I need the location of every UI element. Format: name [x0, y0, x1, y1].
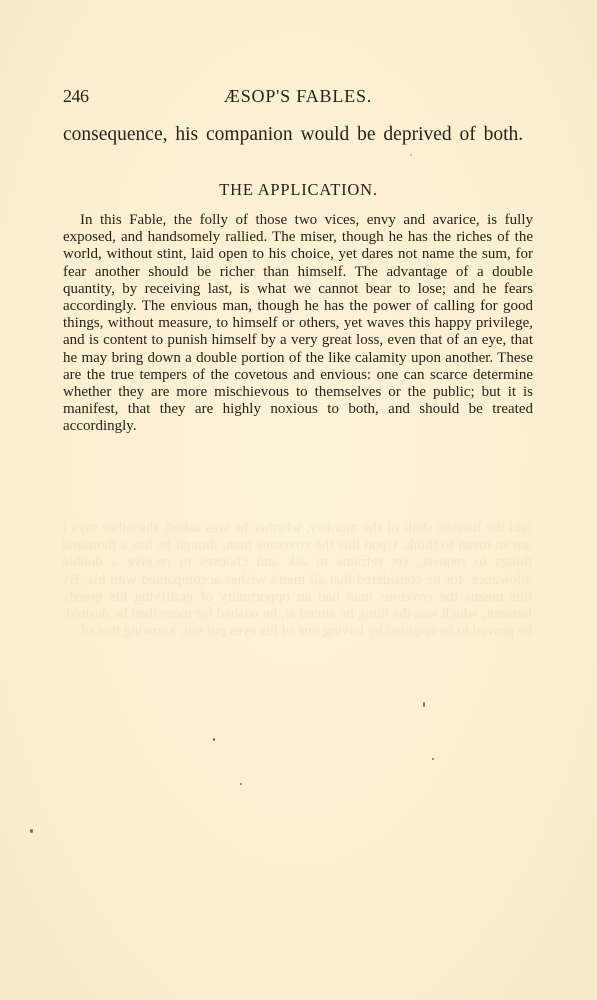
paper-speck: [410, 154, 412, 156]
paper-speck: [423, 702, 425, 707]
book-page: laid the hardest shall of the monkey, wh…: [0, 0, 597, 1000]
running-title: ÆSOP'S FABLES.: [63, 86, 533, 107]
show-through-text: laid the hardest shall of the monkey, wh…: [62, 520, 532, 640]
running-head: 246 ÆSOP'S FABLES.: [63, 86, 533, 110]
section-heading: THE APPLICATION.: [0, 180, 597, 200]
paper-speck: [432, 758, 434, 760]
carry-over-paragraph: consequence, his companion would be depr…: [63, 123, 535, 146]
paper-speck: [240, 783, 242, 785]
paper-speck: [213, 738, 215, 741]
paper-speck: [30, 829, 33, 833]
application-section: In this Fable, the folly of those two vi…: [63, 212, 533, 436]
application-paragraph: In this Fable, the folly of those two vi…: [63, 212, 533, 436]
